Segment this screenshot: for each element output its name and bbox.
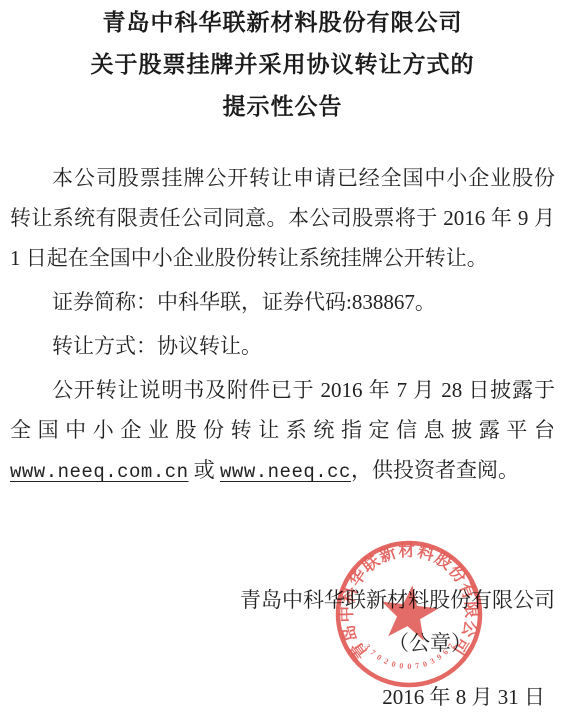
- title-line-subject: 关于股票挂牌并采用协议转让方式的: [0, 44, 565, 86]
- signature-date: 2016 年 8 月 31 日: [382, 681, 545, 711]
- title-line-type: 提示性公告: [0, 86, 565, 128]
- paragraph-disclosure: 公开转让说明书及附件已于 2016 年 7 月 28 日披露于全国中小企业股份转…: [10, 370, 555, 492]
- paragraph-transfer-method: 转让方式：协议转让。: [10, 326, 555, 366]
- document-body: 本公司股票挂牌公开转让申请已经全国中小企业股份转让系统有限责任公司同意。本公司股…: [0, 158, 565, 492]
- disclosure-text-or: 或: [189, 458, 221, 482]
- paragraph-listing-approval: 本公司股票挂牌公开转让申请已经全国中小企业股份转让系统有限责任公司同意。本公司股…: [10, 158, 555, 278]
- disclosure-text-before: 公开转让说明书及附件已于 2016 年 7 月 28 日披露于全国中小企业股份转…: [10, 378, 555, 442]
- disclosure-text-after: ，供投资者查阅。: [351, 458, 519, 482]
- paragraph-security-name-code: 证券简称：中科华联，证券代码:838867。: [10, 282, 555, 322]
- signature-seal-note: （公章）: [388, 627, 472, 657]
- seal-outer-ring: [338, 543, 480, 685]
- document-title: 青岛中科华联新材料股份有限公司 关于股票挂牌并采用协议转让方式的 提示性公告: [0, 0, 565, 128]
- neeq-url-1: www.neeq.com.cn: [10, 461, 189, 483]
- announcement-document: 青岛中科华联新材料股份有限公司 关于股票挂牌并采用协议转让方式的 提示性公告 本…: [0, 0, 565, 717]
- signature-company-name: 青岛中科华联新材料股份有限公司: [240, 584, 555, 614]
- neeq-url-2: www.neeq.cc: [220, 461, 351, 483]
- title-line-company: 青岛中科华联新材料股份有限公司: [0, 2, 565, 44]
